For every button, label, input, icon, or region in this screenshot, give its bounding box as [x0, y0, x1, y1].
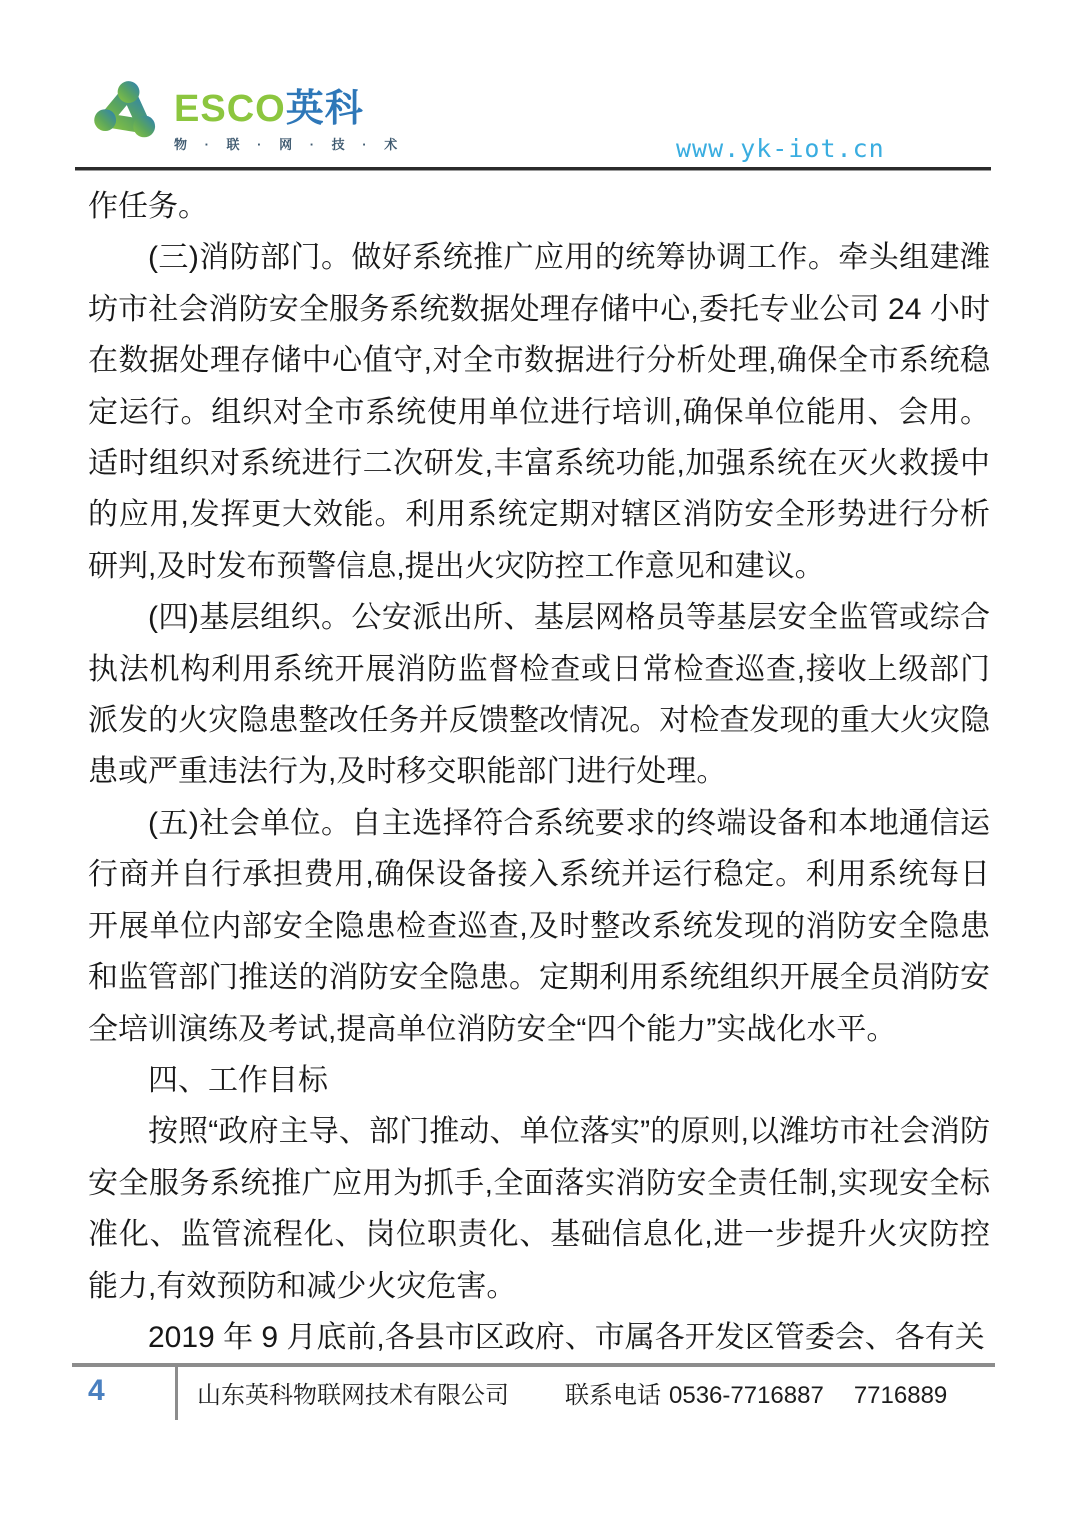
paragraph: 作任务。 [88, 181, 990, 232]
footer-separator-line [175, 1367, 178, 1420]
footer-divider [72, 1363, 995, 1367]
company-name: 山东英科物联网技术有限公司 [197, 1382, 509, 1409]
website-url: www.yk-iot.cn [676, 134, 885, 163]
paragraph: (四)基层组织。公安派出所、基层网格员等基层安全监管或综合执法机构利用系统开展消… [88, 592, 990, 798]
paragraph: 按照“政府主导、部门推动、单位落实”的原则,以潍坊市社会消防安全服务系统推广应用… [88, 1106, 990, 1312]
company-logo: ESCO英科 物 · 联 · 网 · 技 · 术 [88, 78, 404, 156]
paragraph: 四、工作目标 [88, 1055, 990, 1106]
page-number: 4 [88, 1374, 105, 1408]
document-page: ESCO英科 物 · 联 · 网 · 技 · 术 www.yk-iot.cn 作… [0, 0, 1080, 1527]
brand-cn: 英科 [286, 88, 364, 130]
paragraph: (三)消防部门。做好系统推广应用的统筹协调工作。牵头组建潍坊市社会消防安全服务系… [88, 232, 990, 592]
paragraph: (五)社会单位。自主选择符合系统要求的终端设备和本地通信运行商并自行承担费用,确… [88, 798, 990, 1055]
phone-number-2: 7716889 [854, 1382, 947, 1409]
footer-info: 山东英科物联网技术有限公司联系电话0536-77168877716889 [197, 1375, 947, 1410]
header-divider [75, 167, 991, 171]
contact-label: 联系电话 [565, 1382, 661, 1409]
logo-text: ESCO英科 物 · 联 · 网 · 技 · 术 [174, 78, 404, 153]
brand-tagline: 物 · 联 · 网 · 技 · 术 [174, 134, 404, 153]
brand-name: ESCO英科 [174, 90, 404, 128]
paragraph: 2019 年 9 月底前,各县市区政府、市属各开发区管委会、各有关 [88, 1312, 990, 1361]
document-body: 作任务。(三)消防部门。做好系统推广应用的统筹协调工作。牵头组建潍坊市社会消防安… [88, 181, 990, 1361]
phone-number-1: 0536-7716887 [669, 1382, 824, 1409]
brand-latin: ESCO [174, 88, 286, 130]
esco-triskelion-logo-icon [88, 78, 166, 156]
